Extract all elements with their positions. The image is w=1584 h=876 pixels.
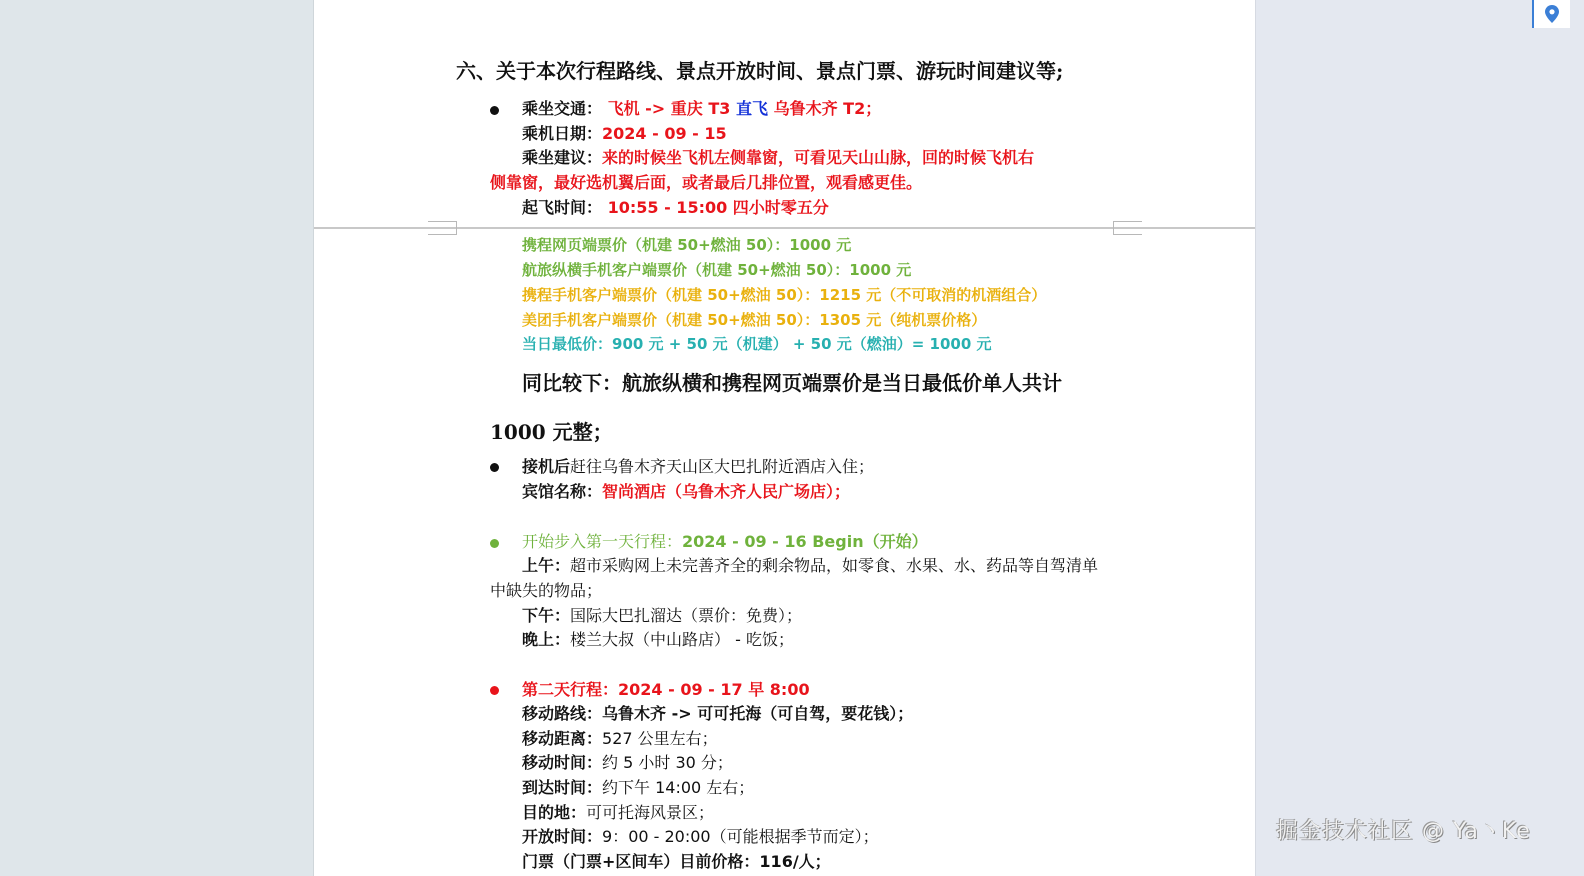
time-value: 10:55 - 15:00 四小时零五分 (608, 198, 829, 217)
advice-line1: 来的时候坐飞机左侧靠窗，可看见天山山脉，回的时候飞机右 (602, 148, 1034, 167)
day1-morning-row: 上午：超市采购网上未完善齐全的剩余物品，如零食、水果、水、药品等自驾清单 (522, 555, 1098, 577)
section-title: 六、关于本次行程路线、景点开放时间、景点门票、游玩时间建议等; (456, 60, 1063, 82)
watermark: 掘金技术社区 @ Ya丶Ke (1276, 814, 1531, 845)
bullet-icon (490, 686, 499, 695)
destination-label: 目的地： (522, 803, 586, 822)
ticket-label: 门票（门票+区间车）目前价格： (522, 852, 759, 871)
price-row: 携程网页端票价（机建 50+燃油 50）：1000 元 (522, 234, 851, 256)
day1-title-a: 开始步入第一天行程： (522, 532, 682, 551)
pickup-bold: 接机后 (522, 457, 570, 476)
date-value: 2024 - 09 - 15 (602, 124, 727, 143)
hours-value: 9：00 - 20:00（可能根据季节而定）； (602, 827, 879, 846)
morning-line1: 超市采购网上未完善齐全的剩余物品，如零食、水果、水、药品等自驾清单 (570, 556, 1098, 575)
destination-row: 目的地：可可托海风景区； (522, 802, 714, 824)
hours-row: 开放时间：9：00 - 20:00（可能根据季节而定）； (522, 826, 879, 848)
document-page[interactable] (314, 0, 1255, 876)
transport-value-a: 飞机 -> 重庆 T3 (608, 99, 731, 118)
advice-label: 乘坐建议： (522, 148, 602, 167)
map-pin-icon (1545, 5, 1559, 23)
arrival-label: 到达时间： (522, 778, 602, 797)
duration-value: 约 5 小时 30 分； (602, 753, 733, 772)
advice-row: 乘坐建议：来的时候坐飞机左侧靠窗，可看见天山山脉，回的时候飞机右 (522, 147, 1034, 169)
location-button[interactable] (1532, 0, 1570, 28)
arrival-value: 约下午 14:00 左右； (602, 778, 754, 797)
margin-marker-right (1113, 221, 1142, 235)
hotel-name: 智尚酒店（乌鲁木齐人民广场店）； (602, 482, 850, 501)
distance-row: 移动距离：527 公里左右； (522, 728, 718, 750)
day1-title-b: 2024 - 09 - 16 Begin（开始） (682, 532, 928, 551)
distance-label: 移动距离： (522, 729, 602, 748)
evening-label: 晚上： (522, 630, 570, 649)
time-row: 起飞时间： 10:55 - 15:00 四小时零五分 (522, 197, 829, 219)
ticket-value: 116/人； (759, 852, 830, 871)
comparison-line2: 1000 元整； (490, 419, 613, 445)
transport-row: 乘坐交通： 飞机 -> 重庆 T3 直飞 乌鲁木齐 T2； (522, 98, 881, 120)
duration-row: 移动时间：约 5 小时 30 分； (522, 752, 733, 774)
day2-title-a: 第二天行程： (522, 680, 618, 699)
ticket-row: 门票（门票+区间车）目前价格：116/人； (522, 851, 831, 873)
right-gutter (1256, 0, 1584, 876)
day1-evening-row: 晚上：楼兰大叔（中山路店） - 吃饭； (522, 629, 794, 651)
duration-label: 移动时间： (522, 753, 602, 772)
route-value: 乌鲁木齐 -> 可可托海（可自驾，要花钱）； (602, 704, 913, 723)
advice-line2: 侧靠窗，最好选机翼后面，或者最后几排位置，观看感更佳。 (490, 172, 922, 194)
price-row: 当日最低价：900 元 + 50 元（机建） + 50 元（燃油）= 1000 … (522, 333, 992, 355)
price-row: 携程手机客户端票价（机建 50+燃油 50）：1215 元（不可取消的机酒组合） (522, 284, 1046, 306)
route-row: 移动路线：乌鲁木齐 -> 可可托海（可自驾，要花钱）； (522, 703, 913, 725)
route-label: 移动路线： (522, 704, 602, 723)
date-label: 乘机日期： (522, 124, 602, 143)
transport-value-b: 直飞 (736, 99, 768, 118)
pickup-rest: 赶往乌鲁木齐天山区大巴扎附近酒店入住； (570, 457, 874, 476)
transport-label: 乘坐交通： (522, 99, 602, 118)
comparison-line1: 同比较下：航旅纵横和携程网页端票价是当日最低价单人共计 (522, 370, 1062, 396)
left-gutter (0, 0, 314, 876)
hotel-row: 宾馆名称：智尚酒店（乌鲁木齐人民广场店）； (522, 481, 850, 503)
morning-line2: 中缺失的物品； (490, 580, 602, 602)
price-row: 航旅纵横手机客户端票价（机建 50+燃油 50）：1000 元 (522, 259, 911, 281)
date-row: 乘机日期：2024 - 09 - 15 (522, 123, 727, 145)
hours-label: 开放时间： (522, 827, 602, 846)
pickup-row: 接机后赶往乌鲁木齐天山区大巴扎附近酒店入住； (522, 456, 874, 478)
bullet-icon (490, 539, 499, 548)
arrival-row: 到达时间：约下午 14:00 左右； (522, 777, 754, 799)
bullet-icon (490, 463, 499, 472)
price-row: 美团手机客户端票价（机建 50+燃油 50）：1305 元（纯机票价格） (522, 309, 986, 331)
margin-marker-left (428, 221, 457, 235)
transport-value-c: 乌鲁木齐 T2； (774, 99, 882, 118)
morning-label: 上午： (522, 556, 570, 575)
destination-value: 可可托海风景区； (586, 803, 714, 822)
time-label: 起飞时间： (522, 198, 602, 217)
afternoon-label: 下午： (522, 606, 570, 625)
bullet-icon (490, 106, 499, 115)
day1-title: 开始步入第一天行程：2024 - 09 - 16 Begin（开始） (522, 531, 928, 553)
distance-value: 527 公里左右； (602, 729, 718, 748)
day2-title: 第二天行程：2024 - 09 - 17 早 8:00 (522, 679, 810, 701)
hotel-label: 宾馆名称： (522, 482, 602, 501)
day2-title-b: 2024 - 09 - 17 早 8:00 (618, 680, 810, 699)
day1-afternoon-row: 下午：国际大巴扎溜达（票价：免费）； (522, 605, 802, 627)
afternoon-value: 国际大巴扎溜达（票价：免费）； (570, 606, 802, 625)
evening-value: 楼兰大叔（中山路店） - 吃饭； (570, 630, 794, 649)
